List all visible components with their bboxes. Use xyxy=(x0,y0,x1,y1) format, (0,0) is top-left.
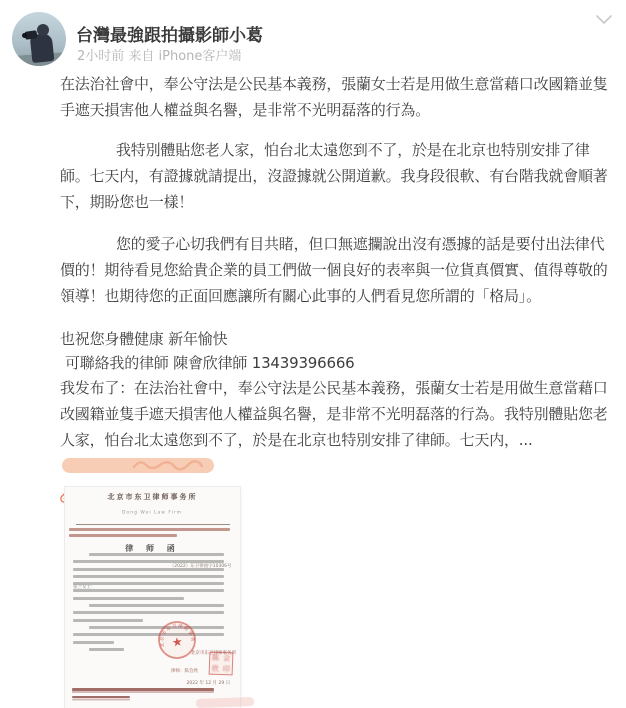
camera-lens xyxy=(22,33,27,38)
greeked-text-line xyxy=(72,688,214,691)
wish-line: 也祝您身體健康 新年愉快 xyxy=(60,327,613,351)
greeked-text-line xyxy=(73,611,224,614)
doc-letter-title: 律 师 函 xyxy=(65,543,240,554)
greeked-text-line xyxy=(89,553,224,556)
post-content: 在法治社會中，奉公守法是公民基本義務，張蘭女士若是用做生意當藉口改國籍並隻手遮天… xyxy=(60,71,613,508)
doc-header-rule xyxy=(76,524,230,525)
post-paragraph: 我特別體貼您老人家，怕台北太遠您到不了，於是在北京也特別安排了律師。七天内，有證… xyxy=(60,137,613,215)
doc-firm-signature: 北京市东卫律师事务所 xyxy=(191,649,236,656)
greeked-text-line xyxy=(73,568,224,571)
doc-firm-name: 北京市东卫律师事务所 xyxy=(65,492,240,502)
greeked-text-line xyxy=(69,534,178,537)
greeked-text-line xyxy=(73,575,224,578)
greeked-text-line xyxy=(72,696,130,699)
greeked-text-line xyxy=(89,648,124,651)
lawyer-letter-image[interactable]: 北京市东卫律师事务所 Dong Wei Law Firm 律 师 函 （2022… xyxy=(65,487,240,708)
avatar[interactable] xyxy=(12,12,66,66)
chevron-down-icon[interactable] xyxy=(595,12,613,26)
greeked-text-line xyxy=(73,589,224,592)
doc-firm-signature-wrap: 北京市东卫律师事务所 xyxy=(191,644,240,663)
greeked-text-line xyxy=(89,604,224,607)
greeked-text-line xyxy=(73,597,184,600)
doc-lawyer-signature: 律师：陈会欣 xyxy=(171,667,198,674)
greeked-text-line xyxy=(69,528,230,531)
doc-firm-name-en: Dong Wei Law Firm xyxy=(122,510,182,515)
redaction-scribble xyxy=(62,458,214,473)
post-paragraph: 在法治社會中，奉公守法是公民基本義務，張蘭女士若是用做生意當藉口改國籍並隻手遮天… xyxy=(60,71,613,123)
doc-body-lines xyxy=(73,553,232,655)
repost-text-block: 我发布了：在法治社會中，奉公守法是公民基本義務，張蘭女士若是用做生意當藉口改國籍… xyxy=(60,375,613,479)
repost-text: 我发布了：在法治社會中，奉公守法是公民基本義務，張蘭女士若是用做生意當藉口改國籍… xyxy=(60,379,608,449)
lawyer-contact-line: 可聯絡我的律師 陳會欣律師 13439396666 xyxy=(60,351,613,375)
post-meta-time-source: 2小时前 来自 iPhone客户端 xyxy=(77,45,241,64)
username[interactable]: 台灣最強跟拍攝影師小葛 xyxy=(76,21,263,46)
svg-text:★: ★ xyxy=(171,634,184,649)
doc-firm-name-en-wrap: Dong Wei Law Firm xyxy=(65,502,240,521)
greeked-text-line xyxy=(73,582,224,585)
avatar-person-head xyxy=(37,24,49,36)
doc-date: 2022 年 12 月 29 日 xyxy=(186,679,230,686)
doc-address-lines xyxy=(65,528,240,537)
greeked-text-line xyxy=(73,641,114,644)
photo-watermark xyxy=(196,697,254,708)
weibo-post: 台灣最強跟拍攝影師小葛 2小时前 来自 iPhone客户端 在法治社會中，奉公守… xyxy=(0,0,626,708)
post-paragraph: 您的愛子心切我們有目共睹，但口無遮攔說出沒有憑據的話是要付出法律代價的！期待看見… xyxy=(60,231,613,309)
greeked-text-line xyxy=(73,633,224,636)
greeked-text-line xyxy=(73,619,143,622)
greeked-text-line xyxy=(73,560,224,563)
